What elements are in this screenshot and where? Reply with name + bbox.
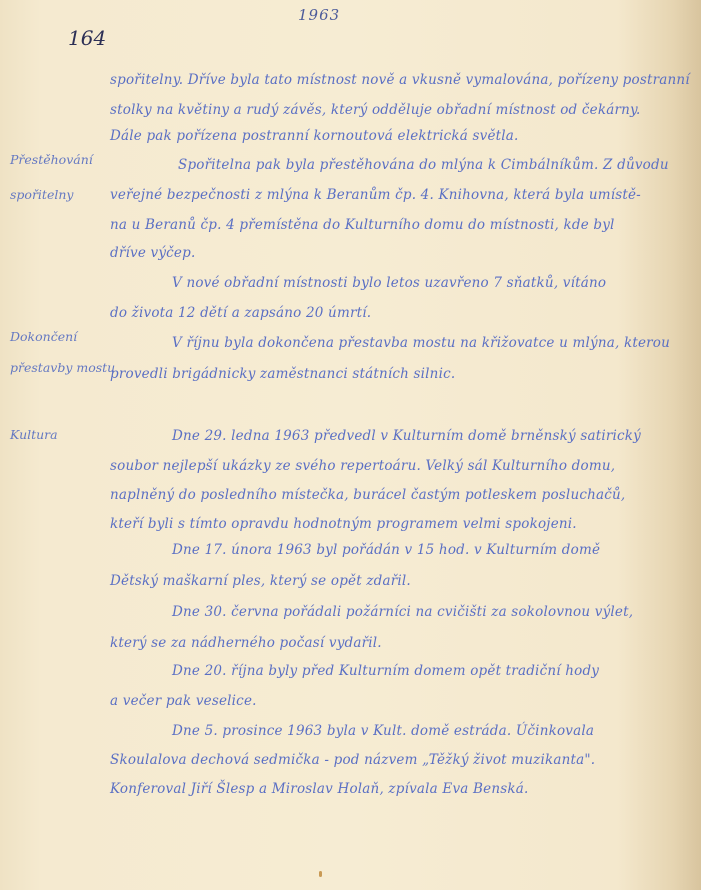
text-line: spořitelny. Dříve byla tato místnost nov… bbox=[110, 72, 690, 88]
paper-stain bbox=[319, 871, 322, 877]
text-line: V říjnu byla dokončena přestavba mostu n… bbox=[172, 335, 670, 351]
text-line: Dne 29. ledna 1963 předvedl v Kulturním … bbox=[172, 428, 641, 444]
text-line: stolky na květiny a rudý závěs, který od… bbox=[110, 102, 641, 118]
text-line: a večer pak veselice. bbox=[110, 693, 257, 709]
text-line: naplněný do posledního místečka, burácel… bbox=[110, 487, 625, 503]
margin-note: Přestěhování bbox=[10, 152, 93, 167]
text-line: Dětský maškarní ples, který se opět zdař… bbox=[110, 573, 411, 589]
text-line: Dne 30. června pořádali požárníci na cvi… bbox=[172, 604, 633, 620]
text-line: Dále pak pořízena postranní kornoutová e… bbox=[110, 128, 519, 144]
text-line: Dne 5. prosince 1963 byla v Kult. domě e… bbox=[172, 723, 594, 739]
text-line: Dne 20. října byly před Kulturním domem … bbox=[172, 663, 599, 679]
text-line: kteří byli s tímto opravdu hodnotným pro… bbox=[110, 516, 577, 532]
margin-note: Dokončení bbox=[10, 329, 77, 344]
text-line: Konferoval Jiří Šlesp a Miroslav Holaň, … bbox=[110, 781, 529, 797]
page-header-year: 1963 bbox=[298, 6, 340, 24]
margin-note: Kultura bbox=[10, 427, 58, 442]
text-line: do života 12 dětí a zapsáno 20 úmrtí. bbox=[110, 305, 371, 321]
text-line: dříve výčep. bbox=[110, 245, 195, 261]
margin-note: přestavby mostu bbox=[10, 360, 115, 375]
text-line: na u Beranů čp. 4 přemístěna do Kulturní… bbox=[110, 217, 615, 233]
page-number: 164 bbox=[68, 26, 106, 50]
chronicle-page: 1963 164 PřestěhováníspořitelnyDokončení… bbox=[0, 0, 701, 890]
text-line: Skoulalova dechová sedmička - pod názvem… bbox=[110, 752, 595, 768]
text-line: Spořitelna pak byla přestěhována do mlýn… bbox=[178, 157, 669, 173]
text-line: provedli brigádnicky zaměstnanci státníc… bbox=[110, 366, 455, 382]
text-line: soubor nejlepší ukázky ze svého repertoá… bbox=[110, 458, 615, 474]
text-line: který se za nádherného počasí vydařil. bbox=[110, 635, 382, 651]
text-line: veřejné bezpečnosti z mlýna k Beranům čp… bbox=[110, 187, 641, 203]
text-line: Dne 17. února 1963 byl pořádán v 15 hod.… bbox=[172, 542, 600, 558]
margin-note: spořitelny bbox=[10, 187, 73, 202]
text-line: V nové obřadní místnosti bylo letos uzav… bbox=[172, 275, 606, 291]
